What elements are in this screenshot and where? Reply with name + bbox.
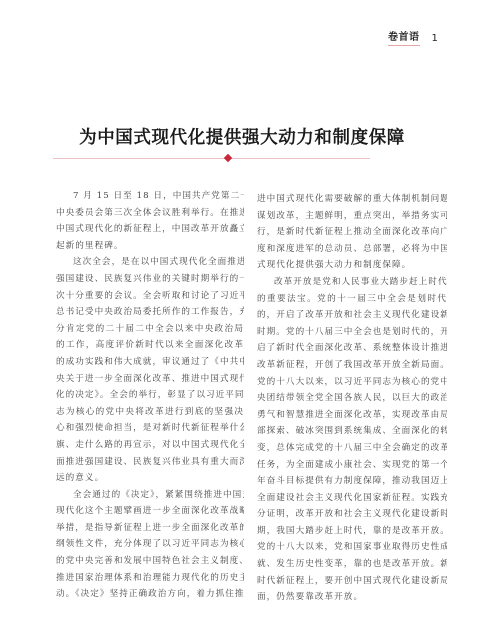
text-line: 时代新征程上，要开创中国式现代化建设新局 bbox=[257, 573, 447, 590]
text-line: 旗、走什么路的再宣示，对以中国式现代化全 bbox=[56, 437, 244, 454]
section-label: 卷首语 bbox=[388, 32, 420, 46]
text-line: 谋划改革，主题鲜明，重点突出，举措务实可 bbox=[257, 208, 447, 225]
text-line: 中央委员会第三次全体会议胜利举行。在推进 bbox=[56, 205, 244, 222]
text-line: 志为核心的党中央将改革进行到底的坚强决 bbox=[56, 404, 244, 421]
text-line: 次十分重要的会议。全会听取和讨论了习近平 bbox=[56, 288, 244, 305]
text-line: 任务，为全面建成小康社会、实现党的第一个百 bbox=[257, 457, 447, 474]
text-line: 全面建设社会主义现代化国家新征程。实践充 bbox=[257, 490, 447, 507]
text-line: 强国建设、民族复兴伟业的关键时期举行的一 bbox=[56, 271, 244, 288]
article-title: 为中国式现代化提供强大动力和制度保障 bbox=[0, 124, 484, 149]
text-line: 这次全会，是在以中国式现代化全面推进 bbox=[56, 254, 244, 271]
text-line: 勇气和智慧推进全面深化改革，实现改革由局 bbox=[257, 407, 447, 424]
text-line: 行，是新时代新征程上推动全面深化改革向广 bbox=[257, 224, 447, 241]
text-line: 总书记受中央政治局委托所作的工作报告，充 bbox=[56, 304, 244, 321]
text-line: 的成功实践和伟大成就，审议通过了《中共中 bbox=[56, 354, 244, 371]
page-number: 1 bbox=[432, 33, 438, 45]
text-line: 现代化这个主题擘画进一步全面深化改革战略 bbox=[56, 503, 244, 520]
text-line: 改革新征程，开创了我国改革开放全新局面。 bbox=[257, 357, 447, 374]
text-line: 改革开放是党和人民事业大踏步赶上时代 bbox=[257, 274, 447, 291]
left-column: 7 月 15 日至 18 日，中国共产党第二十届中央委员会第三次全体会议胜利举行… bbox=[56, 188, 244, 603]
text-line: 的，开启了改革开放和社会主义现代化建设新 bbox=[257, 307, 447, 324]
text-line: 期，我国大踏步赶上时代，靠的是改革开放。 bbox=[257, 523, 447, 540]
text-line: 推进国家治理体系和治理能力现代化的历史主 bbox=[56, 570, 244, 587]
text-line: 年奋斗目标提供有力制度保障，推动我国迈上 bbox=[257, 473, 447, 490]
text-line: 的重要法宝。党的十一届三中全会是划时代 bbox=[257, 291, 447, 308]
text-line: 心和强烈使命担当，是对新时代新征程举什么 bbox=[56, 420, 244, 437]
text-line: 式现代化提供强大动力和制度保障。 bbox=[257, 257, 447, 274]
text-line: 党的十八大以来，以习近平同志为核心的党中 bbox=[257, 374, 447, 391]
text-line: 部探索、破冰突围到系统集成、全面深化的转 bbox=[257, 423, 447, 440]
text-line: 化的决定》。全会的举行，彰显了以习近平同 bbox=[56, 387, 244, 404]
diamond-ornament-icon bbox=[224, 153, 232, 161]
text-line: 度和深度进军的总动员、总部署，必将为中国 bbox=[257, 241, 447, 258]
text-line: 的工作，高度评价新时代以来全面深化改革 bbox=[56, 337, 244, 354]
text-line: 的党中央完善和发展中国特色社会主义制度、 bbox=[56, 553, 244, 570]
title-divider bbox=[53, 158, 370, 159]
text-line: 启了新时代全面深化改革、系统整体设计推进 bbox=[257, 340, 447, 357]
text-line: 纲领性文件，充分体现了以习近平同志为核心 bbox=[56, 536, 244, 553]
text-line: 全会通过的《决定》，紧紧围绕推进中国式 bbox=[56, 487, 244, 504]
text-line: 中国式现代化的新征程上，中国改革开放矗立 bbox=[56, 221, 244, 238]
text-line: 就、发生历史性变革，靠的也是改革开放。新 bbox=[257, 556, 447, 573]
text-line: 动。《决定》坚持正确政治方向，着力抓住推 bbox=[56, 586, 244, 603]
text-line: 分肯定党的二十届二中全会以来中央政治局 bbox=[56, 321, 244, 338]
text-line: 举措，是指导新征程上进一步全面深化改革的 bbox=[56, 520, 244, 537]
right-column: 进中国式现代化需要破解的重大体制机制问题谋划改革，主题鲜明，重点突出，举措务实可… bbox=[257, 191, 447, 606]
text-line: 7 月 15 日至 18 日，中国共产党第二十届 bbox=[56, 188, 244, 205]
text-line: 面，仍然要靠改革开放。 bbox=[257, 589, 447, 606]
text-line: 时期。党的十八届三中全会也是划时代的，开 bbox=[257, 324, 447, 341]
text-line: 起新的里程碑。 bbox=[56, 238, 244, 255]
text-line: 进中国式现代化需要破解的重大体制机制问题 bbox=[257, 191, 447, 208]
text-line: 远的意义。 bbox=[56, 470, 244, 487]
text-line: 党的十八大以来，党和国家事业取得历史性成 bbox=[257, 539, 447, 556]
text-line: 面推进强国建设、民族复兴伟业具有重大而深 bbox=[56, 454, 244, 471]
text-line: 央关于进一步全面深化改革、推进中国式现代 bbox=[56, 371, 244, 388]
text-line: 变，总体完成党的十八届三中全会确定的改革 bbox=[257, 440, 447, 457]
text-line: 央团结带领全党全国各族人民，以巨大的政治 bbox=[257, 390, 447, 407]
text-line: 分证明，改革开放和社会主义现代化建设新时 bbox=[257, 506, 447, 523]
page-header: 卷首语 1 bbox=[388, 32, 438, 46]
